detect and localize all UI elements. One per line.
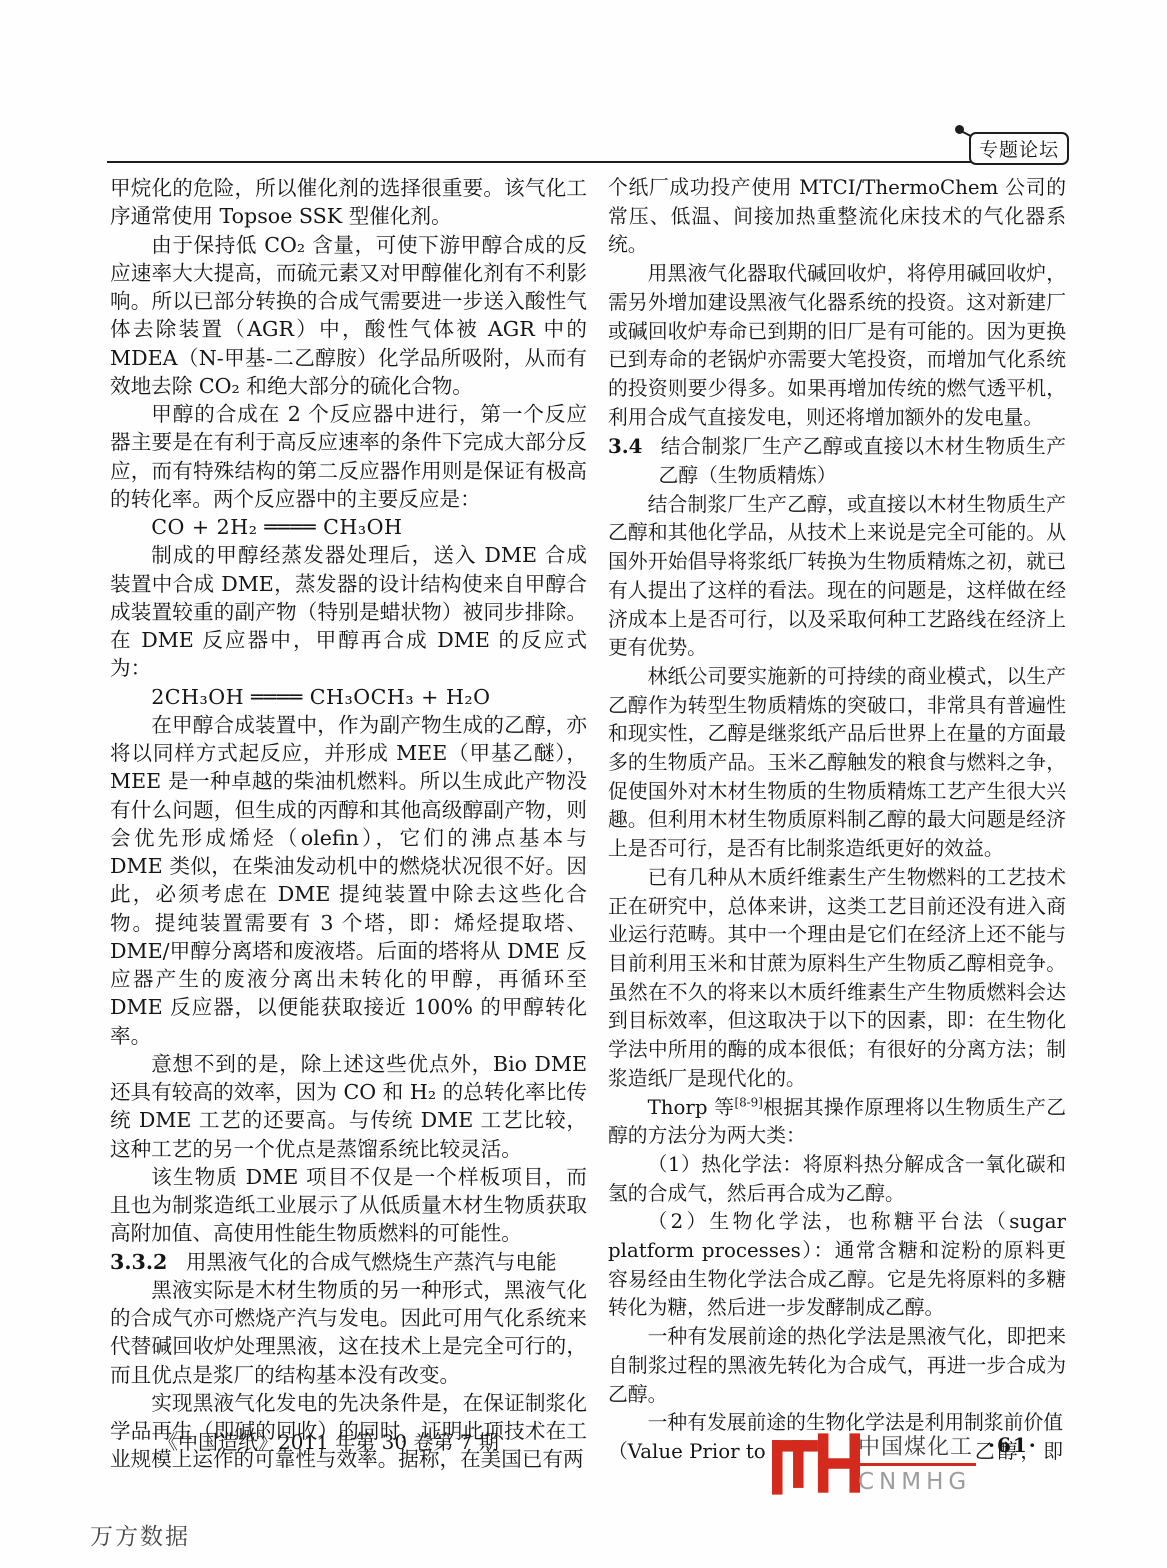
partially-obscured-line: （Value Prior to Pulp 乙醇，即 中国煤化工 CNMH (608, 1438, 1066, 1467)
paragraph: （1）热化学法：将原料热分解成含一氧化碳和氢的合成气，然后再合成为乙醇。 (608, 1151, 1066, 1208)
journal-citation-footer: 《中国造纸》2011 年第 30 卷第 7 期 (158, 1426, 499, 1455)
section-heading-3-4: 3.4结合制浆厂生产乙醇或直接以木材生物质生产乙醇（生物质精炼） (608, 432, 1066, 490)
paragraph: 已有几种从木质纤维素生产生物燃料的工艺技术正在研究中，总体来讲，这类工艺目前还没… (608, 864, 1066, 1094)
topic-forum-badge-label: 专题论坛 (979, 135, 1059, 162)
paragraph: 黑液实际是木材生物质的另一种形式，黑液气化的合成气亦可燃烧产汽与发电。因此可用气… (110, 1276, 587, 1389)
paragraph: 个纸厂成功投产使用 MTCI/ThermoChem 公司的常压、低温、间接加热重… (608, 174, 1066, 260)
paragraph: 甲醇的合成在 2 个反应器中进行，第一个反应器主要是在有利于高反应速率的条件下完… (110, 400, 587, 513)
paragraph: 林纸公司要实施新的可持续的商业模式，以生产乙醇作为转型生物质精炼的突破口，非常具… (608, 663, 1066, 864)
topic-forum-badge: 专题论坛 (969, 132, 1069, 165)
paragraph: 该生物质 DME 项目不仅是一个样板项目，而且也为制浆造纸工业展示了从低质量木材… (110, 1163, 587, 1248)
journal-page: 专题论坛 甲烷化的危险，所以催化剂的选择很重要。该气化工序通常使用 Topsoe… (0, 0, 1167, 1568)
wanfang-data-watermark: 万方数据 (90, 1518, 190, 1551)
paragraph: 一种有发展前途的热化学法是黑液气化，即把来自制浆过程的黑液先转化为合成气，再进一… (608, 1323, 1066, 1409)
citation-text: Thorp 等 (648, 1096, 735, 1119)
section-number: 3.3.2 (110, 1250, 167, 1274)
paragraph: （2）生物化学法，也称糖平台法（sugar platform processes… (608, 1208, 1066, 1323)
paragraph: 用黑液气化器取代碱回收炉，将停用碱回收炉，需另外增加建设黑液气化器系统的投资。这… (608, 260, 1066, 432)
left-column: 甲烷化的危险，所以催化剂的选择很重要。该气化工序通常使用 Topsoe SSK … (110, 174, 587, 1474)
header-rule (107, 161, 1065, 163)
watermark-red-rule (858, 1463, 976, 1466)
watermark-chinese-text: 中国煤化工 (858, 1434, 973, 1463)
chemical-equation-dme: 2CH₃OH ════ CH₃OCH₃ + H₂O (110, 683, 587, 711)
section-title: 结合制浆厂生产乙醇或直接以木材生物质生产乙醇（生物质精炼） (658, 435, 1066, 487)
paragraph-thorp-citation: Thorp 等[8-9]根据其操作原理将以生物质生产乙醇的方法分为两大类： (608, 1094, 1066, 1151)
paragraph: 结合制浆厂生产乙醇，或直接以木材生物质生产乙醇和其他化学品，从技术上来说是完全可… (608, 491, 1066, 663)
paragraph: 甲烷化的危险，所以催化剂的选择很重要。该气化工序通常使用 Topsoe SSK … (110, 174, 587, 231)
section-number: 3.4 (608, 434, 642, 458)
watermark: 中国煤化工 CNMHG (770, 1431, 973, 1501)
watermark-latin-text: CNMHG (858, 1468, 971, 1497)
line-text-right: 乙醇，即 (975, 1438, 1066, 1467)
paragraph: 在甲醇合成装置中，作为副产物生成的乙醇，亦将以同样方式起反应，并形成 MEE（甲… (110, 711, 587, 1050)
cnmhg-logo-icon (772, 1432, 860, 1496)
paragraph: 由于保持低 CO₂ 含量，可使下游甲醇合成的反应速率大大提高，而硫元素又对甲醇催… (110, 231, 587, 401)
section-title: 用黑液气化的合成气燃烧生产蒸汽与电能 (186, 1250, 557, 1274)
chemical-equation-methanol: CO + 2H₂ ════ CH₃OH (110, 513, 587, 541)
reference-superscript: [8-9] (734, 1095, 762, 1109)
paragraph: 意想不到的是，除上述这些优点外，Bio DME 还具有较高的效率，因为 CO 和… (110, 1050, 587, 1163)
right-column: 个纸厂成功投产使用 MTCI/ThermoChem 公司的常压、低温、间接加热重… (608, 174, 1066, 1467)
paragraph: 制成的甲醇经蒸发器处理后，送入 DME 合成装置中合成 DME，蒸发器的设计结构… (110, 541, 587, 682)
section-heading-3-3-2: 3.3.2用黑液气化的合成气燃烧生产蒸汽与电能 (110, 1248, 587, 1276)
